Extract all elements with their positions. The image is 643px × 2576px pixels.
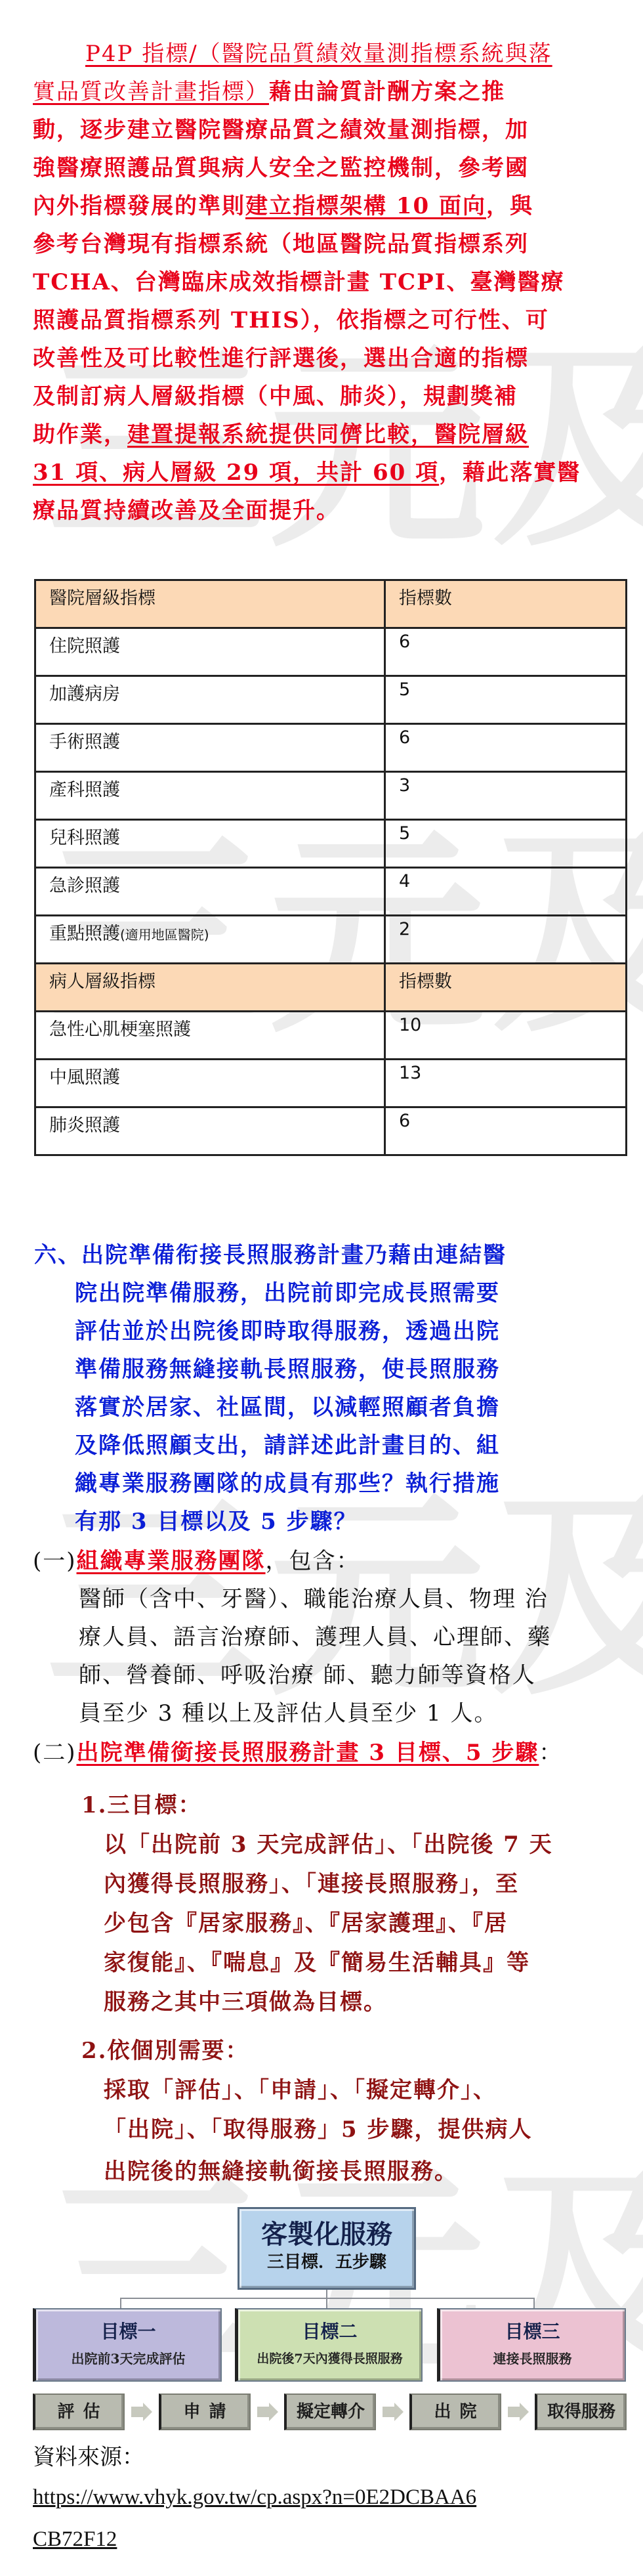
intro-segment: ，藉此落實醫 (439, 460, 581, 486)
cell: 2 (385, 916, 627, 964)
indicator-table: 醫院層級指標 指標數 住院照護6 加護病房5 手術照護6 產科照護3 兒科照護5… (34, 579, 627, 1156)
goals-heading: 1.三目標： (81, 1791, 202, 1820)
part2-heading: (二)出院準備銜接長照服務計畫 3 目標、5 步驟： (33, 1738, 562, 1767)
header-cell: 指標數 (385, 580, 627, 628)
source-link-continued[interactable]: CB72F12 (33, 2525, 117, 2554)
part2-title: 出院準備銜接長照服務計畫 3 目標、5 步驟 (77, 1740, 539, 1766)
intro-segment: P4P 指標/（醫院品質績效量測指標系統與落 (85, 41, 552, 67)
goal-box-1: 目標一 出院前3天完成評估 (33, 2308, 222, 2382)
cell: 兒科照護 (35, 820, 385, 868)
steps-body-line: 「出院」、「取得服務」5 步驟，提供病人 (104, 2115, 533, 2144)
intro-segment: 31 項、病人層級 29 項，共計 60 項 (33, 460, 439, 486)
cell: 產科照護 (35, 772, 385, 820)
intro-segment: 參考台灣現有指標系統（地區醫院品質指標系列 (33, 231, 529, 257)
cell: 急診照護 (35, 868, 385, 916)
intro-line: TCHA、台灣臨床成效指標計畫 TCPI、臺灣醫療 (33, 268, 565, 297)
steps-body-line: 出院後的無縫接軌銜接長照服務。 (104, 2157, 458, 2186)
table-row: 住院照護6 (35, 628, 627, 676)
connector-line (533, 2298, 535, 2308)
part1-suffix: ，包含： (266, 1548, 360, 1574)
goal-desc: 連接長照服務 (440, 2349, 625, 2369)
step-5: 取得服務 (535, 2394, 627, 2430)
table-row: 手術照護6 (35, 724, 627, 772)
header-cell: 病人層級指標 (35, 964, 385, 1012)
part1-heading: (一)組織專業服務團隊，包含： (33, 1547, 360, 1576)
intro-segment: 強醫療照護品質與病人安全之監控機制，參考國 (33, 155, 529, 181)
intro-line: 助作業，建置提報系統提供同儕比較，醫院層級 (33, 420, 529, 449)
steps-heading: 2.依個別需要： (81, 2036, 249, 2065)
cell: 6 (385, 628, 627, 676)
table-row: 急性心肌梗塞照護10 (35, 1012, 627, 1060)
question-line: 有那 3 目標以及 5 步驟？ (75, 1507, 358, 1536)
intro-line: 及制訂病人層級指標（中風、肺炎），規劃獎補 (33, 382, 518, 411)
cell: 急性心肌梗塞照護 (35, 1012, 385, 1060)
source-label: 資料來源： (33, 2443, 144, 2472)
question-line: 院出院準備服務，出院前即完成長照需要 (75, 1279, 500, 1308)
cell-note: (適用地區醫院) (120, 927, 209, 943)
part2-suffix: ： (539, 1740, 562, 1766)
intro-segment: 照護品質指標系列 THIS），依指標之可行性、可 (33, 307, 549, 333)
part1-title: 組織專業服務團隊 (77, 1548, 266, 1574)
table-row: 肺炎照護6 (35, 1107, 627, 1155)
part1-body-line: 員至少 3 種以上及評估人員至少 1 人。 (79, 1699, 498, 1728)
header-cell: 指標數 (385, 964, 627, 1012)
intro-segment: 建置提報系統提供同儕比較，醫院層級 (127, 421, 529, 448)
cell: 13 (385, 1060, 627, 1107)
table-header-row: 病人層級指標 指標數 (35, 964, 627, 1012)
cell: 中風照護 (35, 1060, 385, 1107)
intro-line: 動，逐步建立醫院醫療品質之績效量測指標，加 (33, 116, 529, 144)
goal-title: 目標一 (36, 2320, 220, 2344)
goal-desc: 出院前3天完成評估 (36, 2349, 220, 2369)
diagram-top-title: 客製化服務 (239, 2218, 414, 2251)
table-row: 兒科照護5 (35, 820, 627, 868)
cell: 5 (385, 676, 627, 724)
intro-segment: 藉由論質計酬方案之推 (269, 79, 505, 105)
cell: 住院照護 (35, 628, 385, 676)
intro-segment: 改善性及可比較性進行評選後，選出合適的指標 (33, 345, 529, 372)
diagram-top-subtitle: 三目標．五步驟 (239, 2251, 414, 2273)
intro-segment: 及制訂病人層級指標（中風、肺炎），規劃獎補 (33, 383, 518, 410)
table-row: 重點照護(適用地區醫院)2 (35, 916, 627, 964)
cell: 3 (385, 772, 627, 820)
question-line: 及降低照顧支出，請詳述此計畫目的、組 (75, 1431, 500, 1460)
question-line: 評估並於出院後即時取得服務，透過出院 (75, 1317, 500, 1346)
table-row: 急診照護4 (35, 868, 627, 916)
goals-body-line: 少包含『居家服務』、『居家護理』、『居 (104, 1909, 508, 1938)
cell: 10 (385, 1012, 627, 1060)
cell: 手術照護 (35, 724, 385, 772)
step-4: 出 院 (409, 2394, 501, 2430)
intro-segment: ，與 (486, 193, 533, 219)
part1-body-line: 師、營養師、呼吸治療 師、聽力師等資格人 (79, 1661, 536, 1690)
table-row: 中風照護13 (35, 1060, 627, 1107)
part1-body-line: 醫師（含中、牙醫）、職能治療人員、物理 治 (79, 1585, 549, 1614)
table-row: 產科照護3 (35, 772, 627, 820)
question-line: 落實於居家、社區間，以減輕照顧者負擔 (75, 1393, 500, 1422)
goal-title: 目標三 (440, 2320, 625, 2344)
intro-line: 強醫療照護品質與病人安全之監控機制，參考國 (33, 154, 529, 182)
goal-box-3: 目標三 連接長照服務 (437, 2308, 626, 2382)
intro-line: 參考台灣現有指標系統（地區醫院品質指標系列 (33, 230, 529, 259)
intro-line: 照護品質指標系列 THIS），依指標之可行性、可 (33, 306, 549, 335)
cell: 重點照護(適用地區醫院) (35, 916, 385, 964)
intro-segment: 助作業， (33, 421, 127, 448)
cell: 加護病房 (35, 676, 385, 724)
table-header-row: 醫院層級指標 指標數 (35, 580, 627, 628)
goals-body-line: 以「出院前 3 天完成評估」、「出院後 7 天 (104, 1830, 553, 1859)
intro-line: 內外指標發展的準則建立指標架構 10 面向，與 (33, 192, 533, 221)
step-1: 評 估 (33, 2394, 125, 2430)
intro-segment: 療品質持續改善及全面提升。 (33, 498, 340, 524)
intro-line: 改善性及可比較性進行評選後，選出合適的指標 (33, 344, 529, 373)
intro-line: P4P 指標/（醫院品質績效量測指標系統與落 (85, 39, 552, 68)
cell: 4 (385, 868, 627, 916)
question-line: 準備服務無縫接軌長照服務，使長照服務 (75, 1355, 500, 1384)
intro-segment: TCHA、台灣臨床成效指標計畫 TCPI、臺灣醫療 (33, 269, 565, 295)
step-2: 申 請 (159, 2394, 251, 2430)
goal-title: 目標二 (238, 2320, 421, 2344)
goals-body-line: 服務之其中三項做為目標。 (104, 1988, 387, 2017)
intro-segment: 建立指標架構 10 面向 (245, 193, 486, 219)
intro-segment: 內外指標發展的準則 (33, 193, 245, 219)
intro-line: 實品質改善計畫指標）藉由論質計酬方案之推 (33, 77, 505, 106)
connector-line (120, 2298, 121, 2308)
cell: 5 (385, 820, 627, 868)
intro-segment: 實品質改善計畫指標） (33, 79, 269, 105)
question-line: 六、出院準備衔接長照服務計畫乃藉由連結醫 (34, 1241, 507, 1270)
intro-line: 療品質持續改善及全面提升。 (33, 496, 340, 525)
goals-body-line: 內獲得長照服務」、「連接長照服務」，至 (104, 1870, 519, 1899)
goals-body-line: 家復能』、『喘息』及『簡易生活輔具』等 (104, 1948, 530, 1977)
cell: 6 (385, 724, 627, 772)
cell: 6 (385, 1107, 627, 1155)
part2-prefix: (二) (33, 1740, 77, 1766)
diagram-top-box: 客製化服務 三目標．五步驟 (238, 2207, 416, 2290)
intro-line: 31 項、病人層級 29 項，共計 60 項，藉此落實醫 (33, 458, 581, 487)
question-line: 織專業服務團隊的成員有那些？執行措施 (75, 1469, 500, 1498)
part1-body-line: 療人員、語言治療師、護理人員、心理師、藥 (79, 1623, 551, 1652)
cell-text: 重點照護 (49, 924, 120, 944)
table-row: 加護病房5 (35, 676, 627, 724)
intro-segment: 動，逐步建立醫院醫療品質之績效量測指標，加 (33, 117, 529, 143)
source-link[interactable]: https://www.vhyk.gov.tw/cp.aspx?n=0E2DCB… (33, 2483, 476, 2512)
cell: 肺炎照護 (35, 1107, 385, 1155)
header-cell: 醫院層級指標 (35, 580, 385, 628)
step-3: 擬定轉介 (284, 2394, 376, 2430)
part1-prefix: (一) (33, 1548, 77, 1574)
connector-line (120, 2298, 535, 2299)
watermark: 三元及第 (46, 341, 643, 558)
goal-box-2: 目標二 出院後7天內獲得長照服務 (235, 2308, 423, 2382)
steps-body-line: 採取「評估」、「申請」、「擬定轉介」、 (104, 2076, 497, 2105)
goal-desc: 出院後7天內獲得長照服務 (238, 2349, 421, 2369)
